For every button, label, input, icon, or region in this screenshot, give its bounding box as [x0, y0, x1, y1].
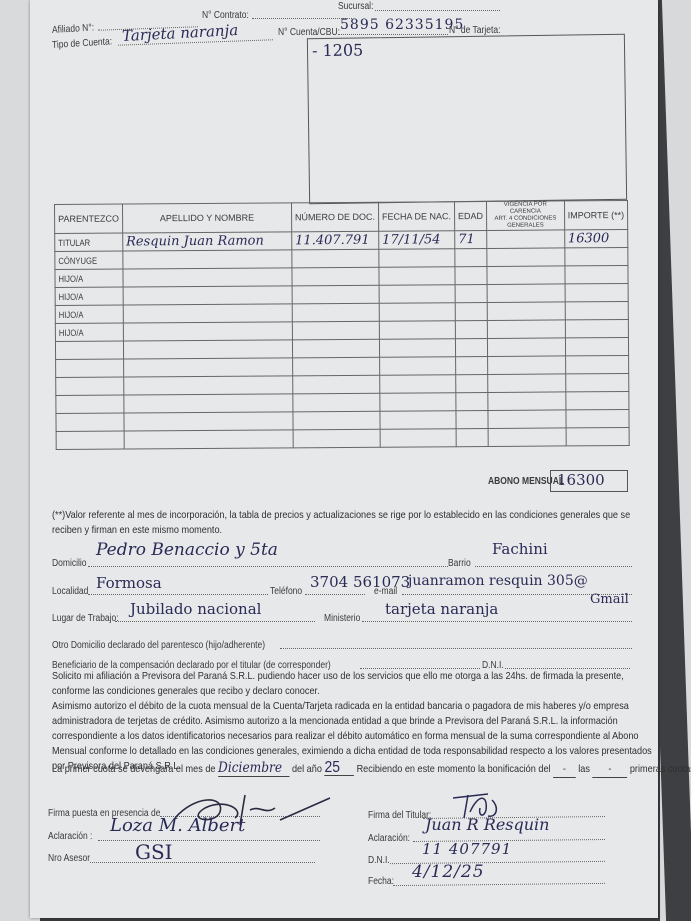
cell-fecha[interactable] — [380, 429, 456, 448]
cell-importe[interactable]: 16300 — [564, 229, 627, 247]
cell-vigencia[interactable] — [487, 266, 565, 285]
cell-vigencia[interactable] — [488, 428, 566, 447]
cell-vigencia[interactable] — [488, 410, 566, 429]
cell-nombre[interactable] — [123, 286, 292, 305]
contrato-field[interactable] — [252, 18, 352, 19]
asesor-field[interactable] — [90, 862, 315, 863]
cell-parentezco: TITULAR — [55, 233, 113, 251]
telefono-label: Teléfono — [270, 586, 302, 597]
cuenta-cbu-value: 5895 62335195 — [340, 17, 464, 33]
cell-doc[interactable] — [293, 393, 380, 412]
table-header-row: PARENTEZCO APELLIDO Y NOMBRE NÚMERO DE D… — [55, 200, 628, 233]
tarjeta-label: N° de Tarjeta: — [449, 25, 500, 36]
column-header: VIGENCIA POR CARENCIA ART. 4 CONDICIONES… — [486, 201, 564, 231]
members-table: PARENTEZCO APELLIDO Y NOMBRE NÚMERO DE D… — [54, 200, 630, 450]
cell-parentezco: HIJO/A — [55, 305, 113, 323]
cell-edad[interactable] — [456, 428, 488, 446]
ministerio-extra: Gmail — [590, 592, 629, 607]
sucursal-label: Sucursal: — [338, 1, 373, 12]
cell-fecha[interactable] — [379, 321, 455, 340]
cell-nombre[interactable] — [124, 376, 293, 395]
cell-nombre[interactable]: Resquin Juan Ramon — [123, 232, 292, 251]
cell-nombre[interactable] — [123, 340, 292, 359]
trabajo-value: Jubilado nacional — [130, 600, 261, 618]
cell-parentezco — [56, 431, 114, 449]
domicilio-label: Domicilio — [52, 558, 86, 569]
cell-parentezco: HIJO/A — [55, 287, 113, 305]
trabajo-field[interactable] — [115, 621, 315, 622]
localidad-value: Formosa — [96, 574, 162, 592]
cell-doc[interactable] — [292, 357, 379, 376]
otro-domicilio-label: Otro Domicilio declarado del parentesco … — [52, 640, 265, 651]
fecha-label: Fecha: — [368, 876, 394, 887]
cell-fecha[interactable] — [379, 339, 455, 358]
ministerio-field[interactable] — [362, 621, 632, 622]
column-header: APELLIDO Y NOMBRE — [122, 203, 291, 233]
contrato-label: N° Contrato: — [202, 10, 249, 21]
fecha-field[interactable] — [393, 883, 605, 886]
cell-doc[interactable] — [293, 411, 380, 430]
cell-parentezco: HIJO/A — [55, 269, 113, 287]
column-header: PARENTEZCO — [55, 204, 123, 233]
titular-aclaracion-label: Aclaración: — [368, 833, 410, 844]
cell-edad[interactable] — [455, 284, 487, 302]
fecha-value: 4/12/25 — [412, 862, 485, 882]
cell-vigencia[interactable] — [487, 284, 565, 303]
cell-fecha[interactable] — [379, 357, 455, 376]
sucursal-field[interactable] — [375, 10, 500, 11]
cell-parentezco: CÓNYUGE — [55, 251, 113, 269]
cuota-anio-label: del año — [292, 763, 322, 775]
cell-nombre[interactable] — [123, 358, 292, 377]
cell-doc[interactable] — [292, 267, 379, 286]
cell-fecha[interactable] — [379, 285, 455, 304]
cell-edad[interactable] — [456, 374, 488, 392]
cell-doc[interactable] — [292, 339, 379, 358]
cell-vigencia[interactable] — [487, 230, 565, 249]
cell-fecha[interactable] — [379, 249, 455, 268]
cell-nombre[interactable] — [123, 304, 292, 323]
cell-importe[interactable] — [565, 301, 628, 319]
cell-edad[interactable] — [455, 320, 487, 338]
cell-doc[interactable] — [292, 321, 379, 340]
column-header: IMPORTE (**) — [564, 200, 628, 229]
cell-fecha[interactable] — [380, 411, 456, 430]
abono-label: ABONO MENSUAL — [488, 476, 564, 487]
barrio-label: Barrio — [448, 558, 471, 569]
column-header: NÚMERO DE DOC. — [291, 202, 378, 232]
cell-importe[interactable] — [565, 355, 628, 373]
cell-importe[interactable] — [566, 409, 629, 427]
cuota-mes-field[interactable]: Diciembre — [218, 761, 289, 777]
afiliado-label: Afiliado N°: — [52, 22, 95, 36]
titular-dni-label: D.N.I. — [368, 855, 390, 866]
bonificacion-field[interactable]: - — [553, 762, 576, 778]
cuota-prefix: La primer cuota se devengara el mes de — [52, 763, 216, 775]
cell-nombre[interactable] — [124, 412, 293, 431]
cell-parentezco — [56, 377, 114, 395]
cell-importe[interactable] — [565, 337, 628, 355]
localidad-label: Localidad — [52, 586, 88, 597]
cell-nombre[interactable] — [124, 394, 293, 413]
trabajo-label: Lugar de Trabajo: — [52, 613, 119, 624]
ministerio-label: Ministerio — [324, 613, 360, 624]
cell-fecha[interactable] — [379, 303, 455, 322]
cell-vigencia[interactable] — [487, 302, 565, 321]
las-field[interactable]: - — [593, 762, 628, 778]
cell-nombre[interactable] — [124, 430, 293, 449]
terms-paragraph-1: Solicito mi afiliación a Previsora del P… — [52, 669, 661, 699]
barrio-value: Fachini — [492, 540, 548, 558]
titular-dni-value: 11 407791 — [422, 840, 512, 858]
price-note: (**)Valor referente al mes de incorporac… — [52, 508, 661, 538]
domicilio-field[interactable] — [88, 566, 448, 567]
cell-parentezco — [55, 341, 113, 359]
asesor-label: Nro Asesor — [48, 853, 90, 864]
cell-vigencia[interactable] — [487, 338, 565, 357]
cell-edad[interactable] — [455, 356, 487, 374]
aclaracion-field[interactable] — [98, 840, 320, 841]
cell-vigencia[interactable] — [487, 248, 565, 267]
tipo-cuenta-label: Tipo de Cuenta: — [52, 36, 113, 51]
cell-parentezco — [56, 413, 114, 431]
cell-edad[interactable] — [456, 392, 488, 410]
cell-vigencia[interactable] — [488, 374, 566, 393]
cell-fecha[interactable] — [379, 267, 455, 286]
titular-signature-label: Firma del Titular: — [368, 810, 431, 821]
telefono-field[interactable] — [305, 594, 365, 595]
tarjeta-box[interactable]: - 1205 — [307, 34, 627, 204]
cell-parentezco — [56, 359, 114, 377]
cuenta-cbu-label: N° Cuenta/CBU: — [278, 27, 340, 38]
cuenta-cbu-field[interactable] — [338, 34, 448, 35]
cell-importe[interactable] — [564, 247, 627, 265]
cuota-suffix: primeras cuotas.- — [630, 763, 691, 775]
cell-importe[interactable] — [565, 391, 628, 409]
cell-vigencia[interactable] — [487, 320, 565, 339]
form-paper: Sucursal: N° Contrato: Afiliado N°: Tipo… — [30, 0, 658, 918]
cell-parentezco — [56, 395, 114, 413]
cell-edad[interactable] — [455, 266, 487, 284]
abono-value: 16300 — [557, 471, 605, 489]
email-label: e-mail — [374, 586, 397, 597]
cell-vigencia[interactable] — [488, 392, 566, 411]
cell-doc[interactable] — [292, 249, 379, 268]
cell-vigencia[interactable] — [487, 356, 565, 375]
cell-doc[interactable] — [292, 285, 379, 304]
aclaracion-value: Loza M. Albert — [110, 815, 245, 836]
cell-importe[interactable] — [565, 283, 628, 301]
column-header: EDAD — [454, 201, 486, 230]
cell-nombre[interactable] — [123, 322, 292, 341]
otro-domicilio-field[interactable] — [280, 648, 632, 649]
cell-edad[interactable] — [456, 410, 488, 428]
cell-edad[interactable] — [455, 248, 487, 266]
cell-nombre[interactable] — [123, 250, 292, 269]
domicilio-value: Pedro Benaccio y 5ta — [96, 540, 278, 560]
cell-doc[interactable]: 11.407.791 — [292, 231, 379, 250]
cell-doc[interactable] — [293, 429, 380, 448]
barrio-field[interactable] — [475, 566, 632, 567]
email-value: juanramon resquin 305@ — [408, 573, 588, 589]
cell-nombre[interactable] — [123, 268, 292, 287]
column-header: FECHA DE NAC. — [378, 202, 454, 232]
cell-edad[interactable] — [455, 338, 487, 356]
cell-fecha[interactable]: 17/11/54 — [379, 231, 455, 250]
cell-importe[interactable] — [565, 373, 628, 391]
cell-fecha[interactable] — [380, 375, 456, 394]
cell-importe[interactable] — [566, 427, 629, 445]
cell-importe[interactable] — [565, 265, 628, 283]
titular-aclaracion-value: Juan R Resquin — [425, 815, 549, 834]
cell-parentezco: HIJO/A — [55, 323, 113, 341]
cuota-mid: Recibiendo en este momento la bonificaci… — [357, 763, 551, 775]
las-label: las — [578, 763, 590, 775]
cuota-anio-field[interactable]: 25 — [324, 760, 354, 776]
cell-edad[interactable] — [455, 302, 487, 320]
aclaracion-label: Aclaración : — [48, 831, 92, 842]
cuota-line: La primer cuota se devengara el mes de D… — [52, 760, 678, 778]
cell-doc[interactable] — [292, 303, 379, 322]
localidad-field[interactable] — [88, 594, 268, 595]
tarjeta-box-value: - 1205 — [312, 40, 363, 60]
cell-doc[interactable] — [293, 375, 380, 394]
ministerio-value: tarjeta naranja — [385, 600, 498, 618]
table-row — [56, 427, 629, 449]
cell-importe[interactable] — [565, 319, 628, 337]
cell-edad[interactable]: 71 — [455, 230, 487, 248]
cell-fecha[interactable] — [380, 393, 456, 412]
asesor-value: GSI — [135, 840, 173, 864]
